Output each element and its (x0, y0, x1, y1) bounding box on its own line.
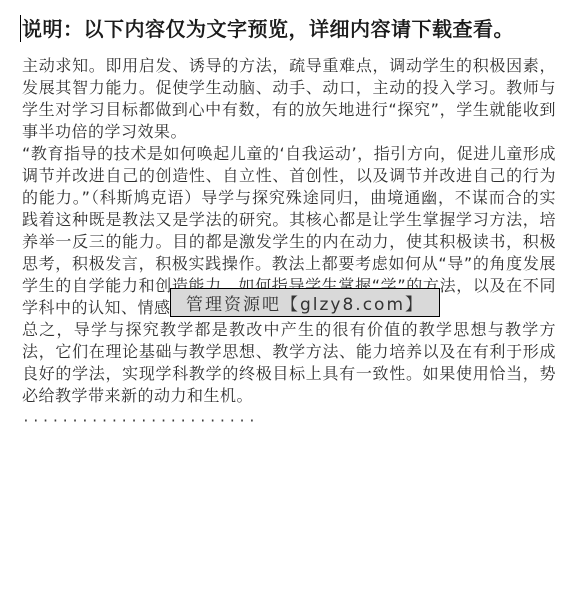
ellipsis-row: ························ (22, 411, 556, 433)
document-body: 主动求知。即用启发、诱导的方法，疏导重难点，调动学生的积极因素，发展其智力能力。… (22, 55, 556, 433)
preview-notice: 说明：以下内容仅为文字预览，详细内容请下载查看。 (22, 13, 556, 42)
text-cursor (20, 15, 21, 42)
paragraph: 主动求知。即用启发、诱导的方法，疏导重难点，调动学生的积极因素，发展其智力能力。… (22, 55, 556, 143)
paragraph: 总之，导学与探究教学都是教改中产生的很有价值的教学思想与教学方法，它们在理论基础… (22, 319, 556, 407)
document-preview-page: 说明：以下内容仅为文字预览，详细内容请下载查看。 主动求知。即用启发、诱导的方法… (0, 0, 578, 600)
site-watermark-badge: 管理资源吧【glzy8.com】 (170, 288, 440, 317)
